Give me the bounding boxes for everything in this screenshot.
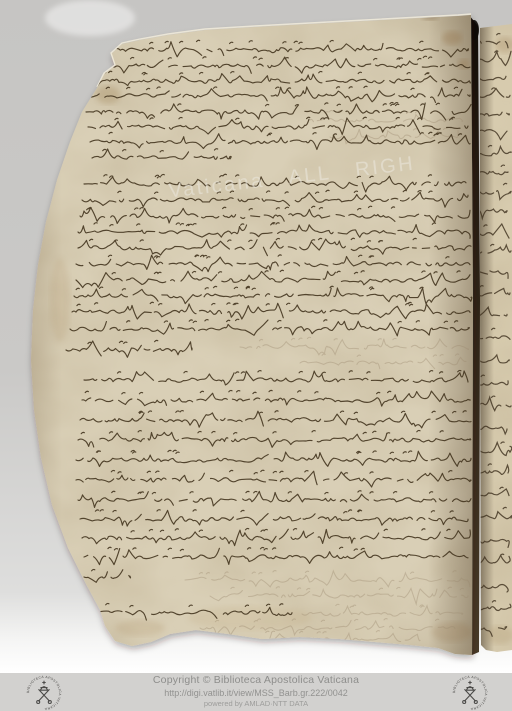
gutter-shadow xyxy=(428,10,474,660)
manuscript-page xyxy=(25,10,475,660)
footer-text: Copyright © Biblioteca Apostolica Vatica… xyxy=(0,674,512,709)
facing-page-sliver xyxy=(477,24,512,652)
page-vignette xyxy=(25,10,475,660)
footer-bar: Copyright © Biblioteca Apostolica Vatica… xyxy=(0,673,512,711)
manuscript-scan: Vaticana ALL RIGH xyxy=(0,0,512,673)
vatican-library-seal-right xyxy=(452,675,488,711)
copyright-line: Copyright © Biblioteca Apostolica Vatica… xyxy=(0,674,512,687)
source-url: http://digi.vatlib.it/view/MSS_Barb.gr.2… xyxy=(0,687,512,699)
digitized-manuscript-page: BIBLIOTECA APOSTOLICA VATICANA xyxy=(0,0,512,711)
backdrop-highlight xyxy=(45,0,135,36)
powered-by-line: powered by AMLAD·NTT DATA xyxy=(0,699,512,709)
